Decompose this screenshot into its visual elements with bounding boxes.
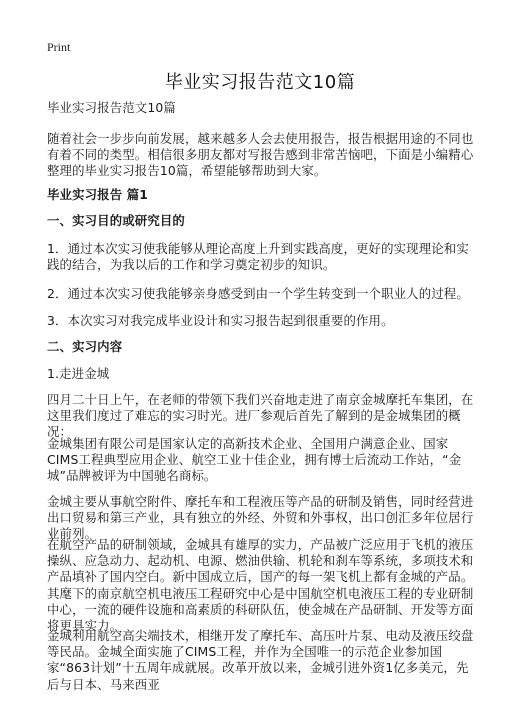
purpose-item-3: 3．本次实习对我完成毕业设计和实习报告起到很重要的作用。 — [47, 313, 477, 329]
intro-paragraph: 随着社会一步步向前发展，越来越多人会去使用报告，报告根据用途的不同也有着不同的类… — [47, 131, 477, 180]
section-title: 毕业实习报告 篇1 — [47, 187, 477, 203]
subheading-jincheng: 1.走进金城 — [47, 366, 477, 382]
content-paragraph-4: 在航空产品的研制领域，金城具有雄厚的实力，产品被广泛应用于飞机的液压操纵、应急动… — [47, 537, 477, 634]
heading-purpose: 一、实习目的或研究目的 — [47, 213, 477, 229]
heading-content: 二、实习内容 — [47, 339, 477, 355]
content-paragraph-1: 四月二十日上午，在老师的带领下我们兴奋地走进了南京金城摩托车集团，在这里我们度过… — [47, 392, 477, 441]
purpose-item-1: 1．通过本次实习使我能够从理论高度上升到实践高度，更好的实现理论和实践的结合，为… — [47, 241, 477, 273]
content-paragraph-2: 金城集团有限公司是国家认定的高新技术企业、全国用户满意企业、国家CIMS工程典型… — [47, 436, 477, 485]
print-label: Print — [47, 40, 70, 55]
purpose-item-2: 2．通过本次实习使我能够亲身感受到由一个学生转变到一个职业人的过程。 — [47, 286, 477, 302]
content-paragraph-3: 金城主要从事航空附件、摩托车和工程液压等产品的研制及销售，同时经营进出口贸易和第… — [47, 494, 477, 543]
document-subtitle: 毕业实习报告范文10篇 — [47, 100, 477, 116]
document-title: 毕业实习报告范文10篇 — [0, 68, 520, 94]
content-paragraph-5: 金城利用航空高尖端技术，相继开发了摩托车、高压叶片泵、电动及液压绞盘等民品。金城… — [47, 628, 477, 693]
